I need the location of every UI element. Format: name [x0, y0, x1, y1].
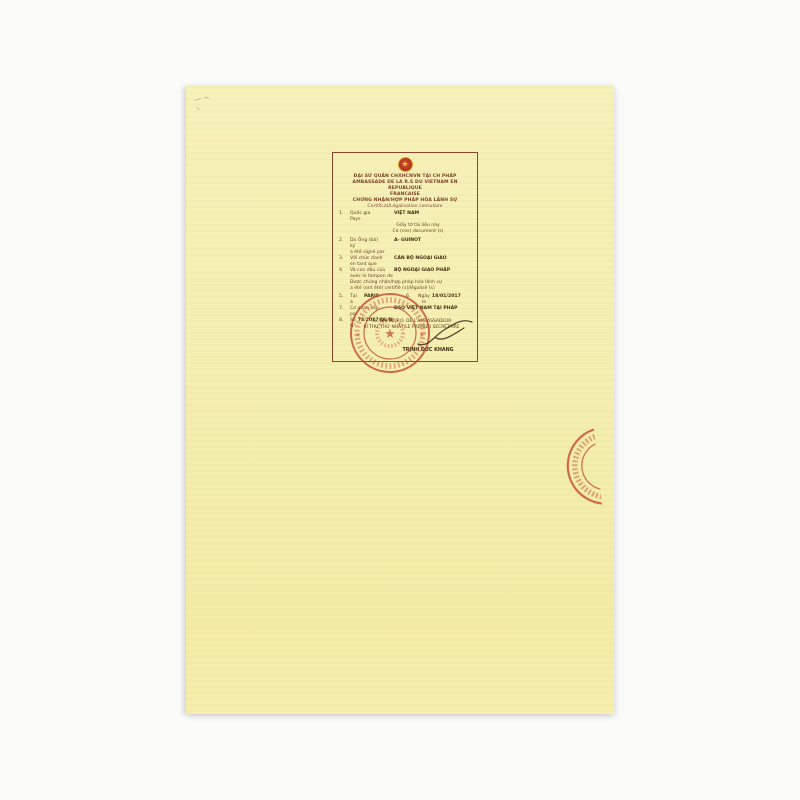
- vietnam-emblem-icon: ★: [398, 157, 413, 172]
- item-label: Do Ông (bà): [350, 238, 394, 244]
- svg-text:★: ★: [384, 327, 396, 342]
- item-number: 2.: [339, 238, 350, 244]
- item-number: 3.: [339, 256, 350, 262]
- item-number: 4.: [339, 268, 350, 274]
- handwritten-signature-icon: [414, 314, 478, 356]
- certificate-subtitle: Certificat/Légalisation consulaire: [339, 204, 471, 210]
- date-value: 18/01/2017: [432, 294, 461, 300]
- item-value: CÁN BỘ NGOẠI GIAO: [394, 256, 447, 262]
- embassy-name-fr: AMBASSADE DE LA R.S DU VIETNAM EN REPUBL…: [339, 180, 471, 192]
- item-value: VIỆT NAM: [394, 211, 419, 217]
- item-label-fr: Pays: [350, 217, 394, 223]
- scanned-document-page: ★ ĐẠI SỨ QUÁN CHXHCNVN TẠI CH PHÁP AMBAS…: [186, 86, 614, 714]
- item-value: A- GUINOT: [394, 238, 421, 244]
- star-icon: ★: [401, 160, 408, 168]
- pencil-mark: [204, 97, 209, 99]
- pencil-mark: [194, 98, 201, 101]
- item-value: BỘ NGOẠI GIAO PHÁP: [394, 268, 450, 274]
- svg-text:★: ★: [355, 332, 360, 339]
- item-number: 1.: [339, 211, 350, 217]
- edge-partial-stamp-icon: [546, 426, 602, 513]
- pencil-mark: [196, 107, 200, 110]
